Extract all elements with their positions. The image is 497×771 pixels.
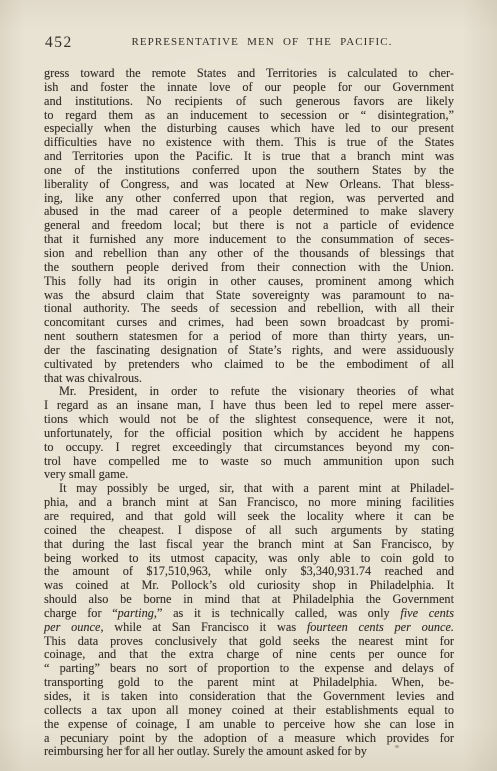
text-line: and Territories upon the Pacific. It is … [44, 150, 454, 164]
text-line: I regard as an insane man, I have thus b… [44, 399, 454, 413]
text-line: to regard them as an inducement to seces… [44, 109, 454, 123]
text-line: “ parting” bears no sort of proportion t… [44, 662, 454, 676]
paragraph: Mr. President, in order to refute the vi… [44, 385, 454, 482]
text-line: Mr. President, in order to refute the vi… [44, 385, 454, 399]
text-line: This data proves conclusively that gold … [44, 635, 454, 649]
text-line: collects a tax upon all money coined at … [44, 704, 454, 718]
text-line: that during the last fiscal year the bra… [44, 538, 454, 552]
text-line: gress toward the remote States and Terri… [44, 67, 454, 81]
running-title: REPRESENTATIVE MEN OF THE PACIFIC. [44, 33, 454, 48]
text-line: ish and foster the innate love of our pe… [44, 81, 454, 95]
text-line: cultivated by pretenders who claimed to … [44, 358, 454, 372]
text-line: reimbursing her for all her outlay. Sure… [44, 745, 454, 759]
text-line: the expense of coinage, I am unable to p… [44, 718, 454, 732]
text-line: was the absurd claim that State sovereig… [44, 289, 454, 303]
text-line: should also be borne in mind that at Phi… [44, 593, 454, 607]
text-line: was coined at Mr. Pollock’s old curiosit… [44, 579, 454, 593]
text-line: tions which would not be of the slightes… [44, 413, 454, 427]
text-line: sion and rebellion than any other of the… [44, 247, 454, 261]
text-line: ing, like any other conferred upon that … [44, 192, 454, 206]
text-line: concomitant curses and crimes, had been … [44, 316, 454, 330]
text-line: This folly had its origin in other cause… [44, 275, 454, 289]
text-line: are required, and that gold will seek th… [44, 510, 454, 524]
text-line: per ounce, while at San Francisco it was… [44, 621, 454, 635]
text-line: phia, and a branch mint at San Francisco… [44, 496, 454, 510]
text-line: especially when the disturbing causes wh… [44, 122, 454, 136]
text-line: trol have compelled me to waste so much … [44, 455, 454, 469]
text-line: to occupy. I regret exceedingly that cir… [44, 441, 454, 455]
text-line: tional authority. The seeds of secession… [44, 302, 454, 316]
text-line: It may possibly be urged, sir, that with… [44, 482, 454, 496]
text-line: difficulties have no existence with them… [44, 136, 454, 150]
text-line: nent southern statesmen for a period of … [44, 330, 454, 344]
text-line: that was chivalrous. [44, 372, 454, 386]
page-body: gress toward the remote States and Terri… [44, 67, 454, 759]
text-line: charge for “parting,” as it is technical… [44, 607, 454, 621]
text-line: der the fascinating designation of State… [44, 344, 454, 358]
text-line: the southern people derived from their c… [44, 261, 454, 275]
text-line: general and freedom local; but there is … [44, 219, 454, 233]
paragraph: gress toward the remote States and Terri… [44, 67, 454, 385]
text-line: very small game. [44, 468, 454, 482]
text-line: a pecuniary point by the adoption of a m… [44, 732, 454, 746]
text-line: sides, it is taken into consideration th… [44, 690, 454, 704]
text-line: abused in the mad career of a people det… [44, 205, 454, 219]
text-line: transporting gold to the parent mint at … [44, 676, 454, 690]
page-number: 452 [45, 34, 73, 52]
text-line: liberality of Congress, and was located … [44, 178, 454, 192]
text-line: the amount of $17,510,963, while only $3… [44, 565, 454, 579]
text-line: unfortunately, for the official position… [44, 427, 454, 441]
text-line: one of the institutions conferred upon t… [44, 164, 454, 178]
text-line: that it furnished any more inducement to… [44, 233, 454, 247]
book-page-scan: 452 REPRESENTATIVE MEN OF THE PACIFIC. g… [0, 0, 497, 771]
text-line: coinage, and that the extra charge of ni… [44, 648, 454, 662]
page-header: 452 REPRESENTATIVE MEN OF THE PACIFIC. [44, 33, 454, 52]
text-line: and institutions. No recipients of such … [44, 95, 454, 109]
text-line: being worked to its utmost capacity, was… [44, 552, 454, 566]
text-line: coined the cheapest. I dispose of all su… [44, 524, 454, 538]
paragraph: It may possibly be urged, sir, that with… [44, 482, 454, 759]
